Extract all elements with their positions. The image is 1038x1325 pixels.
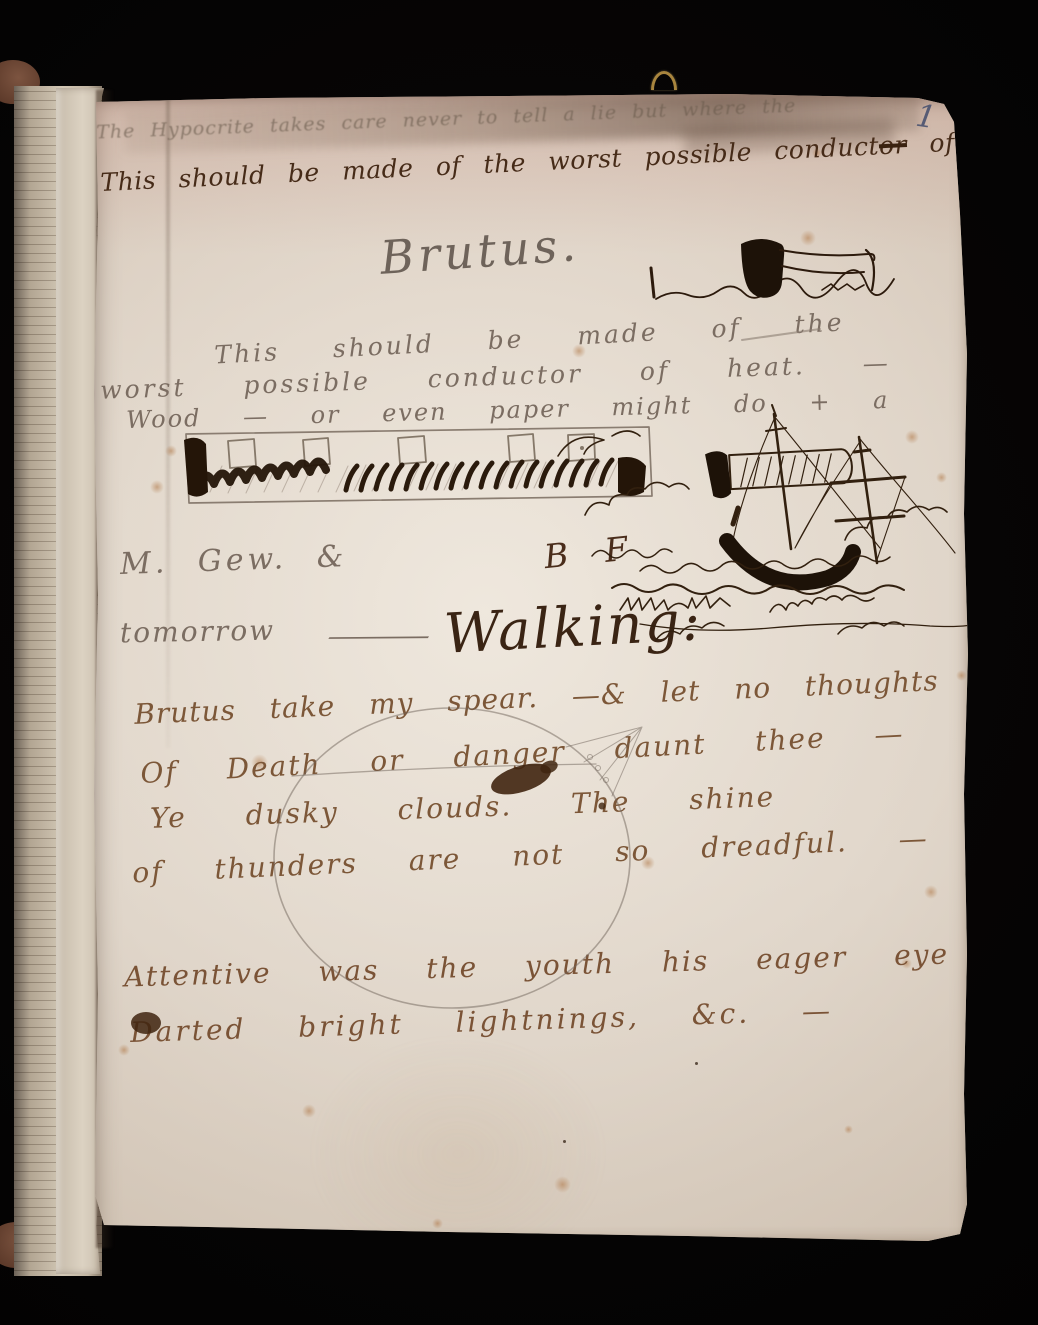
boat-hull (741, 239, 784, 298)
wave-zigzag (770, 595, 874, 612)
porthole-dot (580, 446, 584, 450)
porthole-square (398, 436, 426, 464)
ink-sketches (88, 94, 970, 1244)
porthole-square (228, 439, 256, 468)
photograph: The Hypocrite takes care never to tell a… (0, 0, 1038, 1325)
wave-zigzag (620, 596, 730, 610)
ink-blot (131, 1012, 161, 1034)
right-ink-blob (618, 457, 646, 496)
cloud-left (585, 482, 689, 515)
fan-lines (566, 727, 642, 796)
water-tick (651, 268, 654, 297)
ink-blots (131, 758, 606, 1034)
ink-hatch (346, 460, 612, 490)
cylinder-cap (705, 451, 731, 499)
tick-mark (596, 766, 601, 771)
wave-line-heavy (612, 584, 904, 594)
ship-sketch (558, 405, 970, 640)
left-ink-blob (184, 438, 208, 497)
wake-zigzag (822, 284, 864, 290)
circle-diagram (274, 708, 642, 1008)
porthole-square (508, 434, 535, 462)
hull-line (780, 250, 874, 260)
wave-bumps (656, 622, 904, 640)
pencil-strikethrough (742, 329, 820, 340)
dense-ink-scribble (196, 461, 326, 486)
wave-line (592, 549, 672, 558)
manuscript-page: The Hypocrite takes care never to tell a… (88, 94, 970, 1244)
small-boat-sketch (651, 239, 894, 299)
pencil-circle (274, 708, 630, 1008)
brass-ring (651, 71, 677, 90)
ink-dot (599, 803, 606, 810)
